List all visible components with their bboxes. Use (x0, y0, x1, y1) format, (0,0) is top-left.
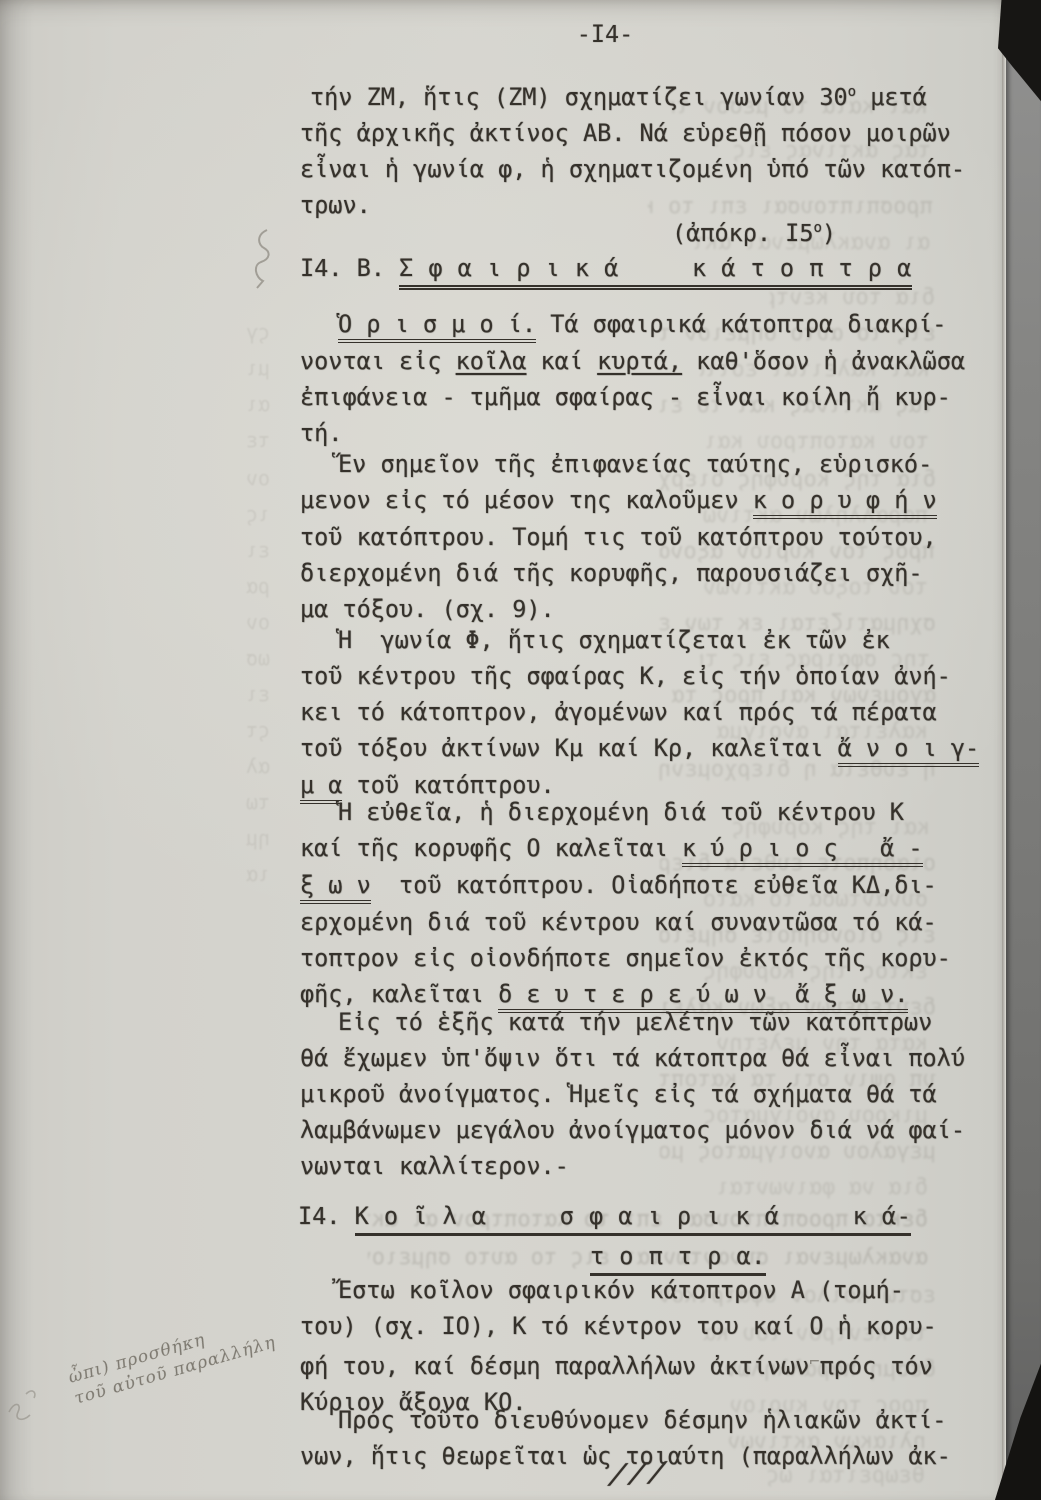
paragraph-concave-setup: Ἔστω κοῖλον σφαιρικόν κάτοπτρον Α (τομή-… (300, 1272, 937, 1420)
margin-bleed-mark: ςγ (226, 320, 270, 344)
text-run: Τά σφαιρικά κάτοπτρα διακρί- (536, 310, 946, 338)
text-run-u: κυρτά, (597, 347, 682, 375)
text-run: καθ'ὅσον ἡ ἀνακλῶσα (682, 347, 965, 375)
margin-bleed-mark: ον (226, 610, 270, 634)
text-run-u: κοῖλα (456, 347, 527, 375)
page-number: -Ι4- (545, 16, 665, 52)
text-run: λαμβάνωμεν μεγάλου ἀνοίγματος μόνον διά … (300, 1116, 965, 1144)
text-line: κει τό κάτοπτρον, ἀγομένων καί πρός τά π… (300, 694, 979, 730)
margin-bleed-mark: τε (226, 428, 270, 452)
margin-bleed-mark: ςτ (226, 718, 270, 742)
text-run: ) (822, 219, 836, 247)
text-line: Ι4. Β. Σ φ α ι ρ ι κ ά κ ά τ ο π τ ρ α (300, 250, 912, 290)
text-run-ud: Ὁ ρ ι σ μ ο ί. (338, 312, 536, 343)
text-run: (ἀπόκρ. Ι5 (672, 219, 813, 247)
paragraph-aperture: Ἡ γωνία Φ, ἥτις σχηματίζεται ἐκ τῶν ἐκτο… (300, 622, 979, 804)
text-line: τοῦ τόξου ἀκτίνων Κμ καί Κρ, καλεῖται ἄ … (300, 730, 979, 767)
text-run-u3: Κ ο ῖ λ α σ φ α ι ρ ι κ ά κ ά- (355, 1204, 912, 1236)
text-line: διερχομένη διά τῆς κορυφῆς, παρουσιάζει … (300, 555, 937, 591)
text-run: τοπτρον εἰς οἱονδήποτε σημεῖον ἐκτός τῆς… (300, 944, 951, 972)
text-line: νονται εἰς κοῖλα καί κυρτά, καθ'ὅσον ἡ ἀ… (300, 343, 965, 379)
text-run: καί τῆς κορυφῆς Ο καλεῖται (300, 834, 682, 862)
text-line: τ ο π τ ρ α. (298, 1236, 911, 1276)
text-run: τρων. (300, 191, 371, 219)
section-heading-concave-mirrors: Ι4. Κ ο ῖ λ α σ φ α ι ρ ι κ ά κ ά-τ ο π … (298, 1196, 911, 1276)
margin-bleed-mark: ια (226, 862, 270, 886)
text-run: Ἕν σημεῖον τῆς ἐπιφανείας ταύτης, εὑρισκ… (338, 450, 932, 478)
text-run-ud: κ ύ ρ ι ο ς ἄ - (682, 836, 923, 867)
margin-bleed-mark: ις (226, 502, 270, 526)
text-run: Εἰς τό ἑξῆς κατά τήν μελέτην τῶν κατόπτρ… (338, 1008, 932, 1036)
margin-bleed-mark: αι (226, 392, 270, 416)
text-run: του) (σχ. ΙΟ), Κ τό κέντρον του καί Ο ἡ … (300, 1312, 937, 1340)
paper-sheet: και κατα το μεσον της ωρας διτας ακτινας… (0, 0, 1006, 1500)
text-line: μικροῦ ἀνοίγματος. Ἡμεῖς εἰς τά σχήματα … (300, 1076, 965, 1112)
text-line: του) (σχ. ΙΟ), Κ τό κέντρον του καί Ο ἡ … (300, 1308, 937, 1344)
text-run: τοῦ κατόπτρου. Τομή τις τοῦ κατόπτρου το… (300, 523, 937, 551)
text-run: φή του, καί δέσμη παραλλήλων ἀκτίνων (300, 1352, 809, 1380)
text-run: τῆς ἀρχικῆς ἀκτίνος ΑΒ. Νά εὑρεθῇ πόσον … (300, 119, 951, 147)
text-run: πρός τόν (820, 1352, 933, 1380)
text-run: Ἡ γωνία Φ, ἥτις σχηματίζεται ἐκ τῶν ἐκ (338, 626, 890, 654)
scanned-page: και κατα το μεσον της ωρας διτας ακτινας… (0, 0, 1041, 1500)
text-run: καί (526, 347, 597, 375)
continuation-mark: /// (604, 1457, 674, 1491)
pencil-squiggle-icon (250, 228, 278, 290)
text-line: ερχομένη διά τοῦ κέντρου καί συναντῶσα τ… (300, 904, 951, 940)
text-run: ἐπιφάνεια - τμῆμα σφαίρας - εἶναι κοίλη … (300, 383, 951, 411)
text-line: Πρός τοῦτο διευθύνομεν δέσμην ἡλιακῶν ἀκ… (300, 1402, 951, 1438)
text-line: ἐπιφάνεια - τμῆμα σφαίρας - εἶναι κοίλη … (300, 379, 965, 415)
text-line: τοπτρον εἰς οἱονδήποτε σημεῖον ἐκτός τῆς… (300, 940, 951, 976)
text-line: τήν ΖΜ, ἥτις (ΖΜ) σχηματίζει γωνίαν 30ο … (300, 74, 965, 115)
text-line: φή του, καί δέσμη παραλλήλων ἀκτίνων⌐πρό… (300, 1344, 937, 1384)
text-run: τήν ΖΜ, ἥτις (ΖΜ) σχηματίζει γωνίαν 30 (310, 83, 848, 111)
handwritten-note: ὦπι) προσθήκη τοῦ αὐτοῦ παραλλήλη (66, 1296, 328, 1410)
text-run-u2: Σ φ α ι ρ ι κ ά κ ά τ ο π τ ρ α (399, 256, 912, 290)
paragraph-vertex: Ἕν σημεῖον τῆς ἐπιφανείας ταύτης, εὑρισκ… (300, 446, 937, 627)
text-run-sup: ο (848, 84, 856, 100)
text-line: θά ἔχωμεν ὑπ'ὄψιν ὅτι τά κάτοπτρα θά εἶν… (300, 1040, 965, 1076)
text-line: εἶναι ἡ γωνία φ, ἡ σχηματιζομένη ὑπό τῶν… (300, 151, 965, 187)
text-run: τή. (300, 419, 342, 447)
text-run: τοῦ κέντρου τῆς σφαίρας Κ, εἰς τήν ὁποία… (300, 662, 951, 690)
margin-bleed-mark: τω (226, 790, 270, 814)
text-run: διερχομένη διά τῆς κορυφῆς, παρουσιάζει … (300, 559, 923, 587)
margin-bleed-mark: ει (226, 538, 270, 562)
text-run: ερχομένη διά τοῦ κέντρου καί συναντῶσα τ… (300, 908, 937, 936)
text-run: τοῦ κατόπτρου. Οἱαδήποτε εὐθεῖα ΚΔ,δι- (371, 871, 937, 899)
text-run: μετά (856, 83, 927, 111)
text-line: Ἡ εὐθεῖα, ἡ διερχομένη διά τοῦ κέντρου Κ (300, 794, 951, 830)
text-line: Εἰς τό ἑξῆς κατά τήν μελέτην τῶν κατόπτρ… (300, 1004, 965, 1040)
text-run: θά ἔχωμεν ὑπ'ὄψιν ὅτι τά κάτοπτρα θά εἶν… (300, 1044, 965, 1072)
pencil-curl-icon (6, 1382, 40, 1422)
text-run: εἶναι ἡ γωνία φ, ἡ σχηματιζομένη ὑπό τῶν… (300, 155, 965, 183)
text-run-sup: ο (813, 220, 821, 236)
margin-bleed-mark: ημ (226, 826, 270, 850)
text-line: Ὁ ρ ι σ μ ο ί. Τά σφαιρικά κάτοπτρα διακ… (300, 306, 965, 343)
text-run: μικροῦ ἀνοίγματος. Ἡμεῖς εἰς τά σχήματα … (300, 1080, 937, 1108)
margin-bleed-mark: ρα (226, 574, 270, 598)
paragraph-axes: Ἡ εὐθεῖα, ἡ διερχομένη διά τοῦ κέντρου Κ… (300, 794, 951, 1013)
text-line: ξ ω ν τοῦ κατόπτρου. Οἱαδήποτε εὐθεῖα ΚΔ… (300, 867, 951, 904)
margin-bleed-mark: ωσ (226, 646, 270, 670)
text-run-ud: κ ο ρ υ φ ή ν (753, 488, 937, 519)
margin-bleed-mark: ει (226, 682, 270, 706)
text-line: καί τῆς κορυφῆς Ο καλεῖται κ ύ ρ ι ο ς ἄ… (300, 830, 951, 867)
text-run: νωνται καλλίτερον.- (300, 1152, 569, 1180)
text-line: Ι4. Κ ο ῖ λ α σ φ α ι ρ ι κ ά κ ά- (298, 1196, 911, 1236)
text-line: Ἔστω κοῖλον σφαιρικόν κάτοπτρον Α (τομή- (300, 1272, 937, 1308)
binding-strip (1006, 0, 1041, 1500)
margin-bleed-mark: αλ (226, 754, 270, 778)
text-line: τρων. (300, 187, 965, 223)
text-line: Ἡ γωνία Φ, ἥτις σχηματίζεται ἐκ τῶν ἐκ (300, 622, 979, 658)
text-run: Πρός τοῦτο διευθύνομεν δέσμην ἡλιακῶν ἀκ… (338, 1406, 946, 1434)
text-run: Ἡ εὐθεῖα, ἡ διερχομένη διά τοῦ κέντρου Κ (338, 798, 904, 826)
text-run: Ι4. Β. (300, 254, 399, 282)
text-line: νωνται καλλίτερον.- (300, 1148, 965, 1184)
text-run-pm: ⌐ (809, 1352, 819, 1372)
text-line: τοῦ κέντρου τῆς σφαίρας Κ, εἰς τήν ὁποία… (300, 658, 979, 694)
answer-line: (ἀπόκρ. Ι5ο) (672, 210, 836, 251)
text-run-ud: ἄ ν ο ι γ- (838, 736, 979, 767)
paragraph-continuation: τήν ΖΜ, ἥτις (ΖΜ) σχηματίζει γωνίαν 30ο … (300, 74, 965, 223)
margin-bleed-mark: μι (226, 356, 270, 380)
text-run: κει τό κάτοπτρον, ἀγομένων καί πρός τά π… (300, 698, 937, 726)
text-line: τοῦ κατόπτρου. Τομή τις τοῦ κατόπτρου το… (300, 519, 937, 555)
text-run: Ι4. (298, 1202, 355, 1230)
text-line: λαμβάνωμεν μεγάλου ἀνοίγματος μόνον διά … (300, 1112, 965, 1148)
text-line: μενον εἰς τό μέσον της καλοῦμεν κ ο ρ υ … (300, 482, 937, 519)
text-run-ud: ξ ω ν (300, 873, 371, 904)
text-run: μενον εἰς τό μέσον της καλοῦμεν (300, 486, 753, 514)
text-run: τοῦ τόξου ἀκτίνων Κμ καί Κρ, καλεῖται (300, 734, 838, 762)
text-line: (ἀπόκρ. Ι5ο) (672, 210, 836, 251)
text-run: νονται εἰς (300, 347, 456, 375)
paragraph-definitions: Ὁ ρ ι σ μ ο ί. Τά σφαιρικά κάτοπτρα διακ… (300, 306, 965, 451)
text-run: μα τόξου. (σχ. 9). (300, 595, 555, 623)
paragraph-small-aperture-note: Εἰς τό ἑξῆς κατά τήν μελέτην τῶν κατόπτρ… (300, 1004, 965, 1184)
text-run: Ἔστω κοῖλον σφαιρικόν κάτοπτρον Α (τομή- (338, 1276, 904, 1304)
margin-bleed-mark: ον (226, 466, 270, 490)
text-line: τῆς ἀρχικῆς ἀκτίνος ΑΒ. Νά εὑρεθῇ πόσον … (300, 115, 965, 151)
section-heading-spherical-mirrors: Ι4. Β. Σ φ α ι ρ ι κ ά κ ά τ ο π τ ρ α (300, 250, 912, 290)
text-line: Ἕν σημεῖον τῆς ἐπιφανείας ταύτης, εὑρισκ… (300, 446, 937, 482)
